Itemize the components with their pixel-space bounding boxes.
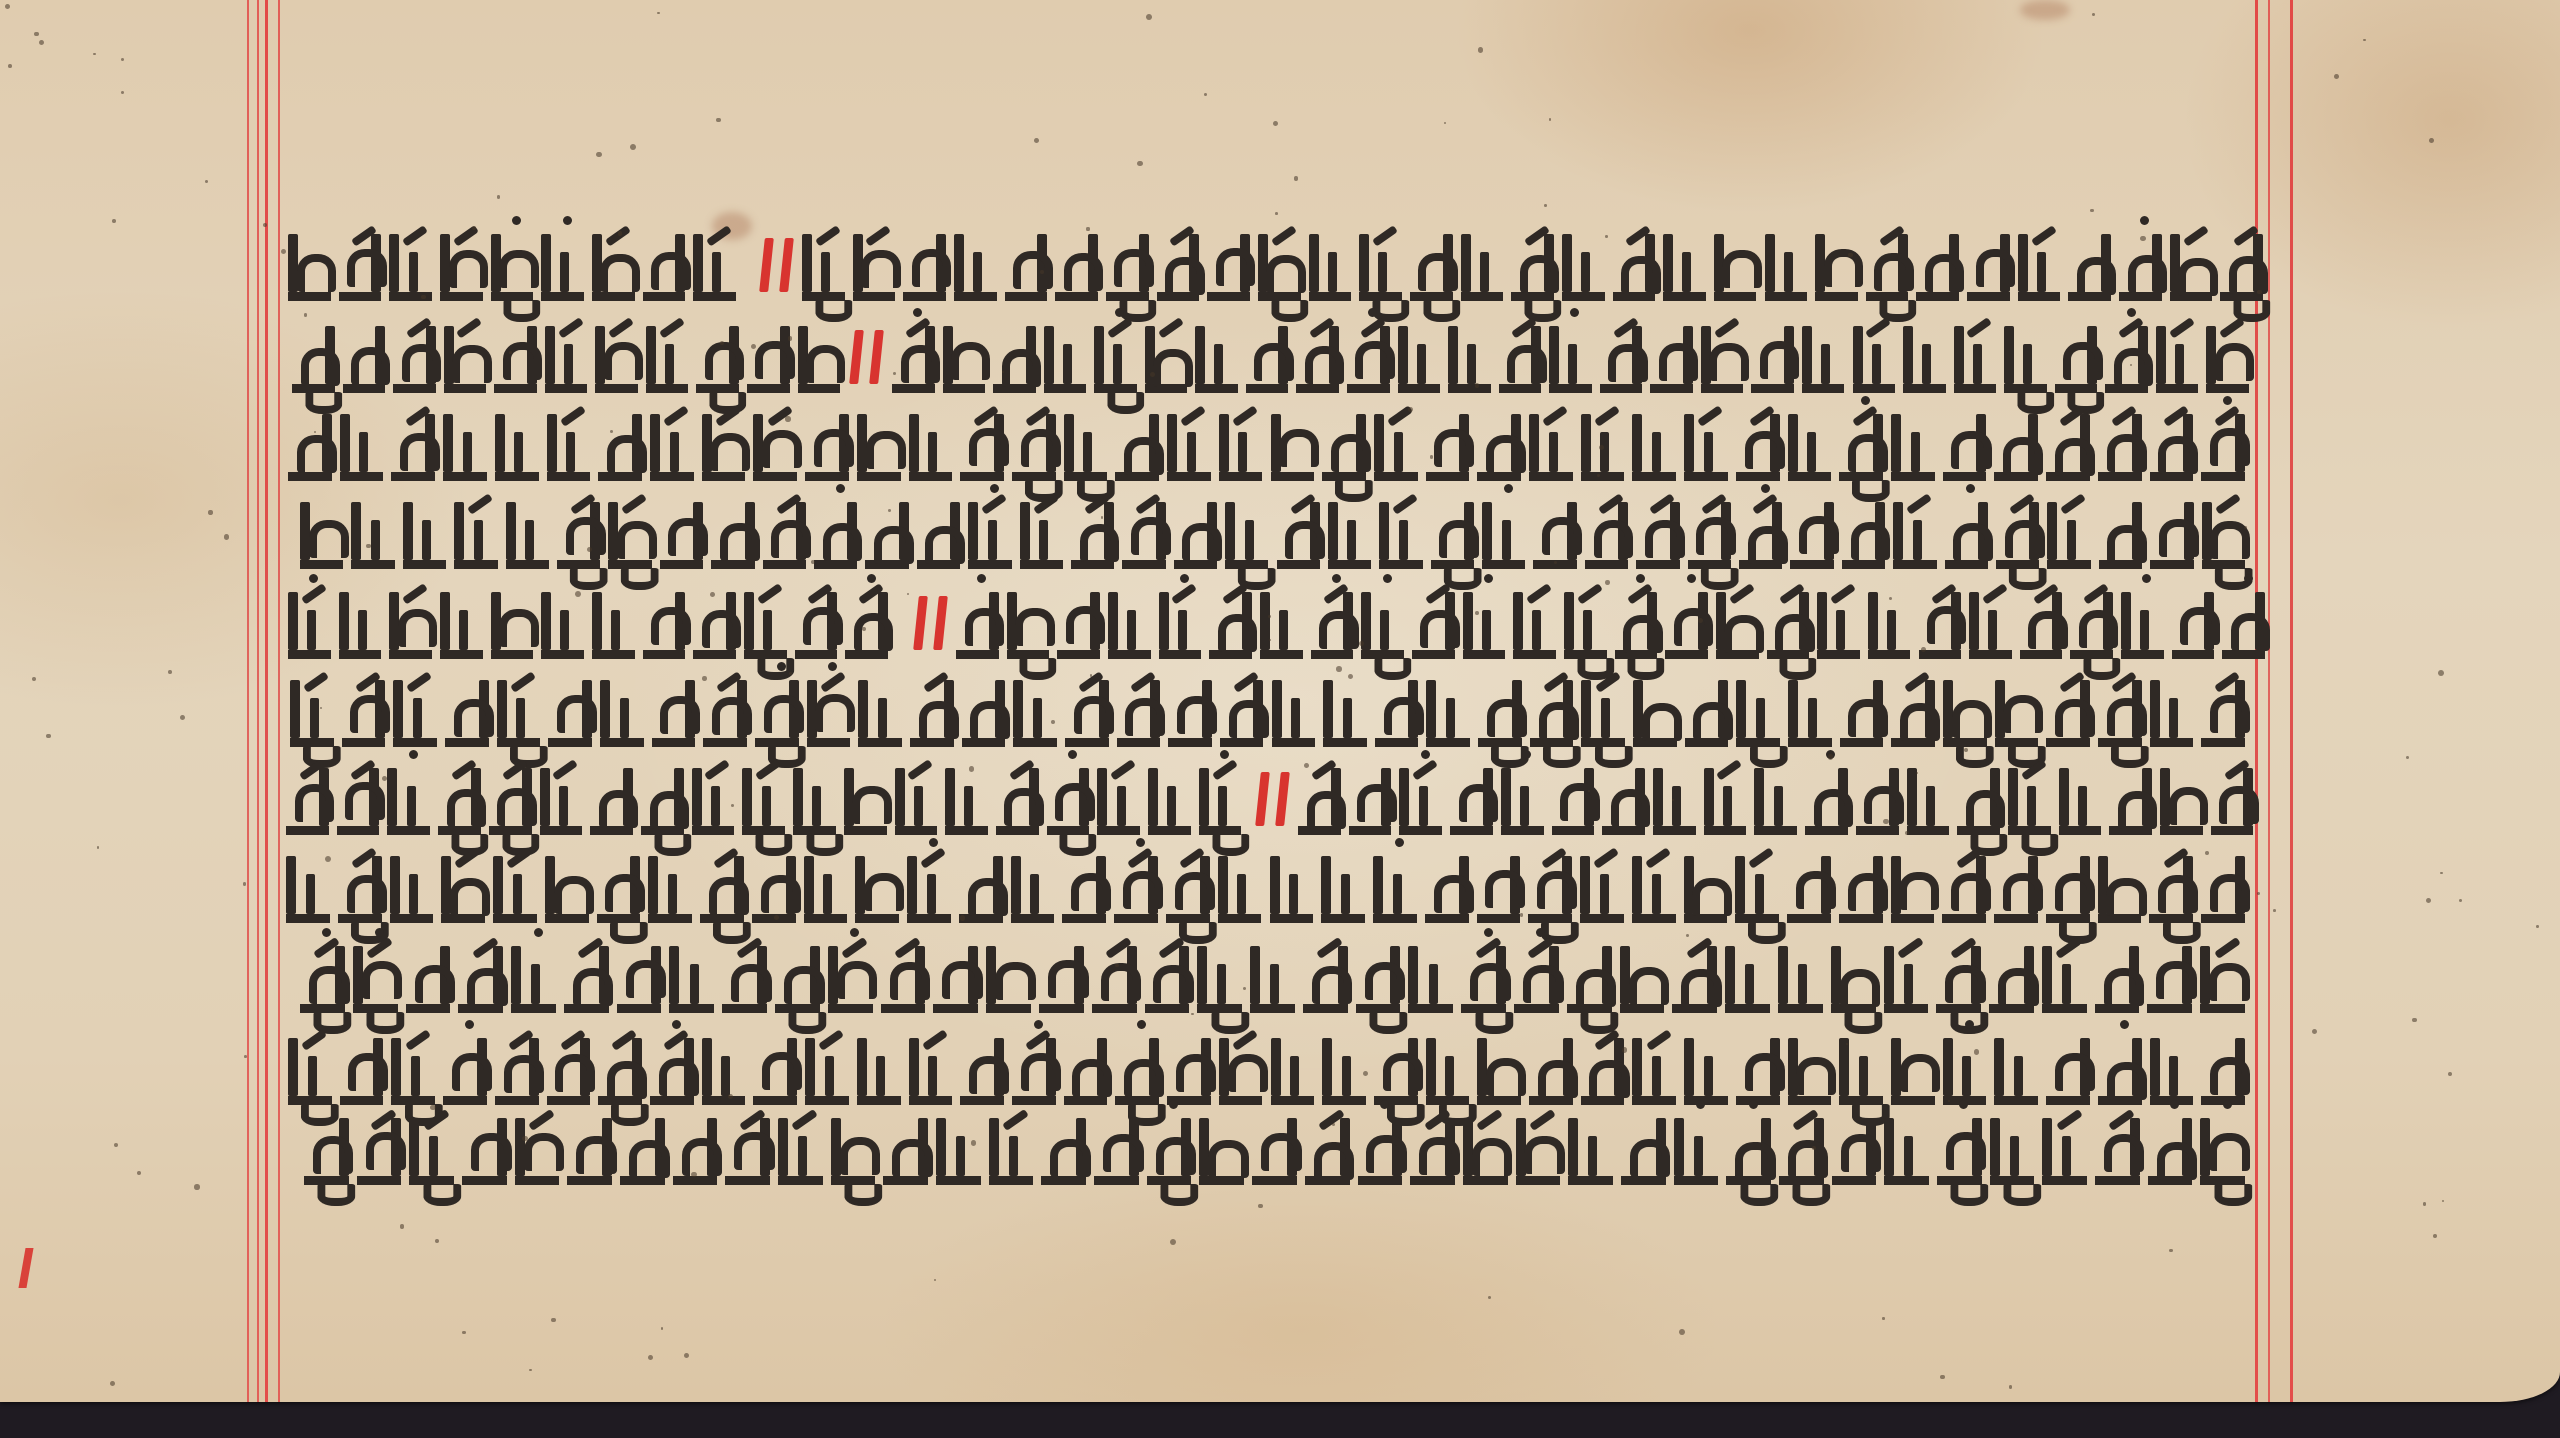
script-glyph	[1663, 230, 1706, 301]
script-glyph	[989, 1114, 1034, 1185]
script-glyph	[1516, 1114, 1561, 1185]
script-glyph	[2222, 588, 2265, 659]
script-glyph	[1613, 230, 1656, 301]
script-glyph	[1765, 230, 1808, 301]
script-glyph	[597, 852, 641, 923]
script-glyph	[1788, 1034, 1832, 1105]
script-glyph	[1012, 1034, 1056, 1105]
script-glyph	[1530, 676, 1574, 747]
paper-speck	[121, 58, 124, 61]
paper-speck	[5, 4, 10, 9]
script-glyph	[1271, 1034, 1315, 1105]
script-glyph	[2172, 588, 2215, 659]
script-glyph	[1650, 322, 1693, 393]
paper-speck	[244, 1055, 247, 1058]
script-glyph	[598, 1034, 642, 1105]
script-glyph	[917, 498, 960, 569]
script-glyph	[2046, 676, 2090, 747]
script-glyph	[288, 230, 331, 301]
script-glyph	[936, 1114, 981, 1185]
script-glyph	[1632, 1034, 1676, 1105]
script-glyph	[438, 764, 481, 835]
paper-speck	[1204, 93, 1207, 96]
script-glyph	[541, 230, 584, 301]
script-glyph	[1665, 588, 1708, 659]
script-glyph	[491, 230, 534, 301]
script-glyph	[959, 852, 1003, 923]
script-glyph	[1549, 322, 1592, 393]
script-glyph	[1567, 942, 1612, 1013]
script-glyph	[390, 852, 434, 923]
paper-speck	[1883, 819, 1888, 824]
script-glyph	[1688, 498, 1731, 569]
script-glyph	[1062, 852, 1106, 923]
script-glyph	[1884, 1114, 1929, 1185]
script-glyph	[339, 588, 382, 659]
script-glyph	[696, 322, 739, 393]
script-glyph	[2201, 676, 2245, 747]
script-glyph	[853, 230, 896, 301]
paper-speck	[194, 1184, 199, 1189]
paper-speck	[110, 1381, 115, 1386]
script-glyph	[547, 1034, 591, 1105]
script-glyph	[1600, 322, 1643, 393]
paper-speck	[1150, 372, 1155, 377]
script-glyph	[1853, 322, 1896, 393]
script-glyph	[540, 764, 583, 835]
script-glyph	[1115, 1034, 1159, 1105]
script-glyph	[1839, 410, 1883, 481]
manuscript-line	[0, 1034, 2560, 1104]
script-glyph	[1632, 852, 1676, 923]
script-glyph	[1220, 676, 1264, 747]
script-glyph	[1903, 322, 1946, 393]
script-glyph	[1945, 498, 1988, 569]
paper-speck	[1243, 987, 1246, 990]
script-glyph	[598, 410, 642, 481]
paper-speck	[1146, 14, 1152, 20]
script-glyph	[1725, 942, 1770, 1013]
paper-speck	[702, 676, 707, 681]
stray-red-mark	[18, 1248, 33, 1288]
script-glyph	[1145, 322, 1188, 393]
script-glyph	[805, 410, 849, 481]
script-glyph	[1347, 322, 1390, 393]
paper-speck	[421, 295, 426, 300]
script-glyph	[962, 676, 1006, 747]
script-glyph	[1967, 230, 2010, 301]
paper-speck	[1086, 227, 1089, 230]
script-glyph	[1533, 498, 1576, 569]
script-glyph	[1754, 764, 1797, 835]
script-glyph	[1564, 588, 1607, 659]
script-glyph	[497, 676, 541, 747]
script-glyph	[440, 230, 483, 301]
script-glyph	[954, 230, 997, 301]
script-glyph	[646, 322, 689, 393]
script-glyph	[883, 1114, 928, 1185]
paper-speck	[551, 1318, 556, 1323]
script-glyph	[1736, 676, 1780, 747]
script-glyph	[1943, 1034, 1987, 1105]
script-glyph	[2098, 410, 2142, 481]
script-glyph	[1461, 230, 1504, 301]
script-glyph	[858, 676, 902, 747]
script-glyph	[1277, 498, 1320, 569]
script-glyph	[2156, 322, 2199, 393]
script-glyph	[831, 1114, 876, 1185]
script-glyph	[1994, 852, 2038, 923]
manuscript-line	[0, 852, 2560, 922]
paper-speck	[2334, 74, 2339, 79]
script-glyph	[650, 1034, 694, 1105]
script-glyph	[1114, 852, 1158, 923]
script-glyph	[1674, 1114, 1719, 1185]
script-glyph	[1174, 498, 1217, 569]
paper-speck	[618, 231, 623, 236]
paper-speck	[1488, 1296, 1492, 1300]
paper-speck	[1549, 118, 1552, 121]
script-glyph	[1990, 1114, 2035, 1185]
script-glyph	[775, 942, 820, 1013]
paper-speck	[462, 1331, 465, 1334]
script-glyph	[933, 942, 978, 1013]
script-glyph	[742, 764, 785, 835]
script-glyph	[1684, 410, 1728, 481]
script-glyph	[1094, 1114, 1139, 1185]
script-glyph	[1499, 322, 1542, 393]
script-glyph	[1736, 410, 1780, 481]
script-glyph	[1716, 588, 1759, 659]
script-glyph	[592, 588, 635, 659]
script-glyph	[337, 764, 380, 835]
script-glyph	[753, 1034, 797, 1105]
script-glyph	[393, 676, 437, 747]
script-glyph	[1891, 852, 1935, 923]
script-glyph	[1672, 942, 1717, 1013]
script-glyph	[1097, 764, 1140, 835]
script-glyph	[1477, 852, 1521, 923]
script-glyph	[1989, 942, 2034, 1013]
script-glyph	[1115, 410, 1159, 481]
script-glyph	[1064, 1034, 1108, 1105]
paper-speck	[325, 856, 331, 862]
script-glyph	[1219, 1034, 1263, 1105]
script-glyph	[993, 322, 1036, 393]
paper-speck	[529, 1369, 532, 1372]
script-glyph	[600, 676, 644, 747]
paper-speck	[960, 915, 965, 920]
script-glyph	[702, 1034, 746, 1105]
script-glyph	[778, 1114, 823, 1185]
script-glyph	[1815, 230, 1858, 301]
script-glyph	[458, 942, 503, 1013]
script-glyph	[1425, 852, 1469, 923]
script-glyph	[1957, 764, 2000, 835]
paper-speck	[366, 544, 371, 549]
script-glyph	[2160, 764, 2203, 835]
paper-speck	[1040, 270, 1044, 274]
script-glyph	[511, 942, 556, 1013]
script-glyph	[2004, 322, 2047, 393]
script-glyph	[1168, 676, 1212, 747]
script-glyph	[1349, 764, 1392, 835]
script-glyph	[1041, 1114, 1086, 1185]
script-glyph	[755, 676, 799, 747]
script-glyph	[2211, 764, 2254, 835]
paper-speck	[1275, 212, 1278, 215]
script-glyph	[807, 676, 851, 747]
script-glyph	[1832, 1114, 1877, 1185]
paper-speck	[1828, 754, 1833, 759]
script-glyph	[1298, 764, 1341, 835]
script-glyph	[1514, 942, 1559, 1013]
paper-speck	[1921, 647, 1926, 652]
paper-speck	[1408, 407, 1413, 412]
script-glyph	[343, 322, 386, 393]
red-double-danda	[916, 596, 946, 650]
script-glyph	[996, 764, 1039, 835]
script-glyph	[692, 764, 735, 835]
paper-speck	[774, 915, 779, 920]
script-glyph	[1374, 1034, 1418, 1105]
script-glyph	[506, 498, 549, 569]
script-glyph	[444, 322, 487, 393]
paper-speck	[1882, 1317, 1884, 1319]
script-glyph	[357, 1114, 402, 1185]
script-glyph	[1071, 498, 1114, 569]
script-glyph	[1788, 410, 1832, 481]
paper-speck	[691, 1172, 696, 1177]
paper-speck	[2423, 1202, 2427, 1206]
script-glyph	[763, 498, 806, 569]
paper-speck	[1520, 913, 1524, 917]
script-glyph	[340, 410, 384, 481]
paper-speck	[1475, 383, 1479, 387]
script-glyph	[1323, 676, 1367, 747]
paper-speck	[1848, 253, 1853, 258]
script-glyph	[1361, 588, 1404, 659]
script-glyph	[1374, 410, 1418, 481]
script-glyph	[493, 852, 537, 923]
script-glyph	[389, 230, 432, 301]
script-glyph	[2098, 676, 2142, 747]
script-glyph	[393, 322, 436, 393]
paper-speck	[1605, 580, 1610, 585]
script-glyph	[2099, 498, 2142, 569]
script-glyph	[643, 230, 686, 301]
script-glyph	[1311, 588, 1354, 659]
paper-speck	[934, 1279, 936, 1281]
script-glyph	[1461, 942, 1506, 1013]
script-glyph	[1478, 676, 1522, 747]
script-glyph	[338, 852, 382, 923]
script-glyph	[907, 852, 951, 923]
script-glyph	[804, 852, 848, 923]
script-glyph	[1166, 852, 1210, 923]
script-glyph	[2147, 942, 2192, 1013]
script-glyph	[1994, 1034, 2038, 1105]
script-glyph	[1684, 852, 1728, 923]
script-glyph	[1552, 764, 1595, 835]
script-glyph	[744, 588, 787, 659]
script-glyph	[2200, 942, 2245, 1013]
script-glyph	[1943, 410, 1987, 481]
paper-speck	[2140, 236, 2145, 241]
script-glyph	[2070, 588, 2113, 659]
script-glyph	[798, 322, 841, 393]
script-glyph	[805, 1034, 849, 1105]
script-glyph	[2047, 498, 2090, 569]
script-glyph	[1426, 410, 1470, 481]
script-glyph	[895, 764, 938, 835]
manuscript-line	[0, 498, 2560, 568]
script-glyph	[1057, 588, 1100, 659]
paper-speck	[716, 118, 721, 123]
script-glyph	[1501, 764, 1544, 835]
paper-speck	[509, 351, 512, 354]
script-glyph	[1891, 1034, 1935, 1105]
manuscript-page: Devanagari (Nepalese hand), page shown r…	[0, 0, 2560, 1402]
script-glyph	[1778, 942, 1823, 1013]
script-glyph	[1106, 230, 1149, 301]
script-glyph	[2042, 1114, 2087, 1185]
script-glyph	[1528, 852, 1572, 923]
script-glyph	[1108, 588, 1151, 659]
script-glyph	[1839, 852, 1883, 923]
script-glyph	[547, 410, 591, 481]
script-glyph	[1684, 1034, 1728, 1105]
script-glyph	[1969, 588, 2012, 659]
manuscript-line	[0, 1114, 2560, 1184]
script-glyph	[648, 852, 692, 923]
script-glyph	[1408, 942, 1453, 1013]
script-glyph	[2059, 764, 2102, 835]
manuscript-line	[0, 676, 2560, 746]
script-glyph	[1884, 942, 1929, 1013]
script-glyph	[1064, 410, 1108, 481]
script-glyph	[814, 498, 857, 569]
script-glyph	[700, 852, 744, 923]
script-glyph	[1303, 942, 1348, 1013]
script-glyph	[1159, 588, 1202, 659]
paper-speck	[205, 180, 208, 183]
script-glyph	[445, 676, 489, 747]
script-glyph	[620, 1114, 665, 1185]
paper-speck	[1444, 122, 1446, 124]
paper-speck	[1544, 204, 1547, 207]
script-glyph	[1529, 410, 1573, 481]
script-glyph	[1581, 676, 1625, 747]
red-double-danda	[852, 330, 882, 384]
script-glyph	[1167, 410, 1211, 481]
script-glyph	[1866, 230, 1909, 301]
script-glyph	[1633, 676, 1677, 747]
script-glyph	[440, 588, 483, 659]
script-glyph	[1358, 1114, 1403, 1185]
script-glyph	[564, 942, 609, 1013]
script-glyph	[660, 498, 703, 569]
script-glyph	[1585, 498, 1628, 569]
script-glyph	[1893, 498, 1936, 569]
script-glyph	[391, 410, 435, 481]
script-glyph	[342, 676, 386, 747]
script-glyph	[557, 498, 600, 569]
script-glyph	[2206, 322, 2249, 393]
script-glyph	[1936, 942, 1981, 1013]
script-glyph	[2018, 230, 2061, 301]
script-glyph	[793, 764, 836, 835]
script-glyph	[1122, 498, 1165, 569]
script-glyph	[515, 1114, 560, 1185]
script-glyph	[2170, 230, 2213, 301]
script-glyph	[865, 498, 908, 569]
script-glyph	[1840, 676, 1884, 747]
script-glyph	[1891, 410, 1935, 481]
script-glyph	[351, 498, 394, 569]
script-glyph	[592, 230, 635, 301]
script-glyph	[2150, 410, 2194, 481]
script-glyph	[1482, 498, 1525, 569]
script-glyph	[2046, 410, 2090, 481]
script-glyph	[968, 498, 1011, 569]
script-glyph	[1117, 676, 1161, 747]
script-glyph	[2098, 1034, 2142, 1105]
manuscript-line	[0, 322, 2560, 392]
script-glyph	[643, 588, 686, 659]
script-glyph	[1790, 498, 1833, 569]
paper-speck	[1679, 1329, 1685, 1335]
script-glyph	[292, 322, 335, 393]
script-glyph	[1044, 322, 1087, 393]
script-glyph	[1399, 764, 1442, 835]
paper-speck	[121, 91, 125, 95]
manuscript-line	[0, 588, 2560, 658]
script-glyph	[567, 1114, 612, 1185]
script-glyph	[590, 764, 633, 835]
paper-speck	[34, 32, 38, 36]
script-glyph	[1271, 410, 1315, 481]
script-glyph	[1736, 1034, 1780, 1105]
script-glyph	[795, 588, 838, 659]
paper-speck	[575, 591, 581, 597]
paper-speck	[1258, 1204, 1262, 1208]
paper-speck	[1974, 1049, 1980, 1055]
paper-speck	[2442, 1200, 2444, 1202]
script-glyph	[1005, 230, 1048, 301]
script-glyph	[828, 942, 873, 1013]
paper-speck	[1034, 138, 1039, 143]
script-glyph	[2150, 498, 2193, 569]
paper-speck	[497, 195, 501, 199]
script-glyph	[1412, 588, 1455, 659]
script-glyph	[1209, 588, 1252, 659]
script-glyph	[1219, 410, 1263, 481]
script-glyph	[494, 322, 537, 393]
script-glyph	[2149, 852, 2193, 923]
script-glyph	[1199, 764, 1242, 835]
script-glyph	[1011, 852, 1055, 923]
script-glyph	[956, 588, 999, 659]
script-glyph	[403, 498, 446, 569]
script-glyph	[545, 322, 588, 393]
script-glyph	[1426, 676, 1470, 747]
script-glyph	[650, 410, 694, 481]
script-glyph	[1602, 764, 1645, 835]
paper-speck	[630, 144, 636, 150]
script-glyph	[641, 764, 684, 835]
script-glyph	[669, 942, 714, 1013]
